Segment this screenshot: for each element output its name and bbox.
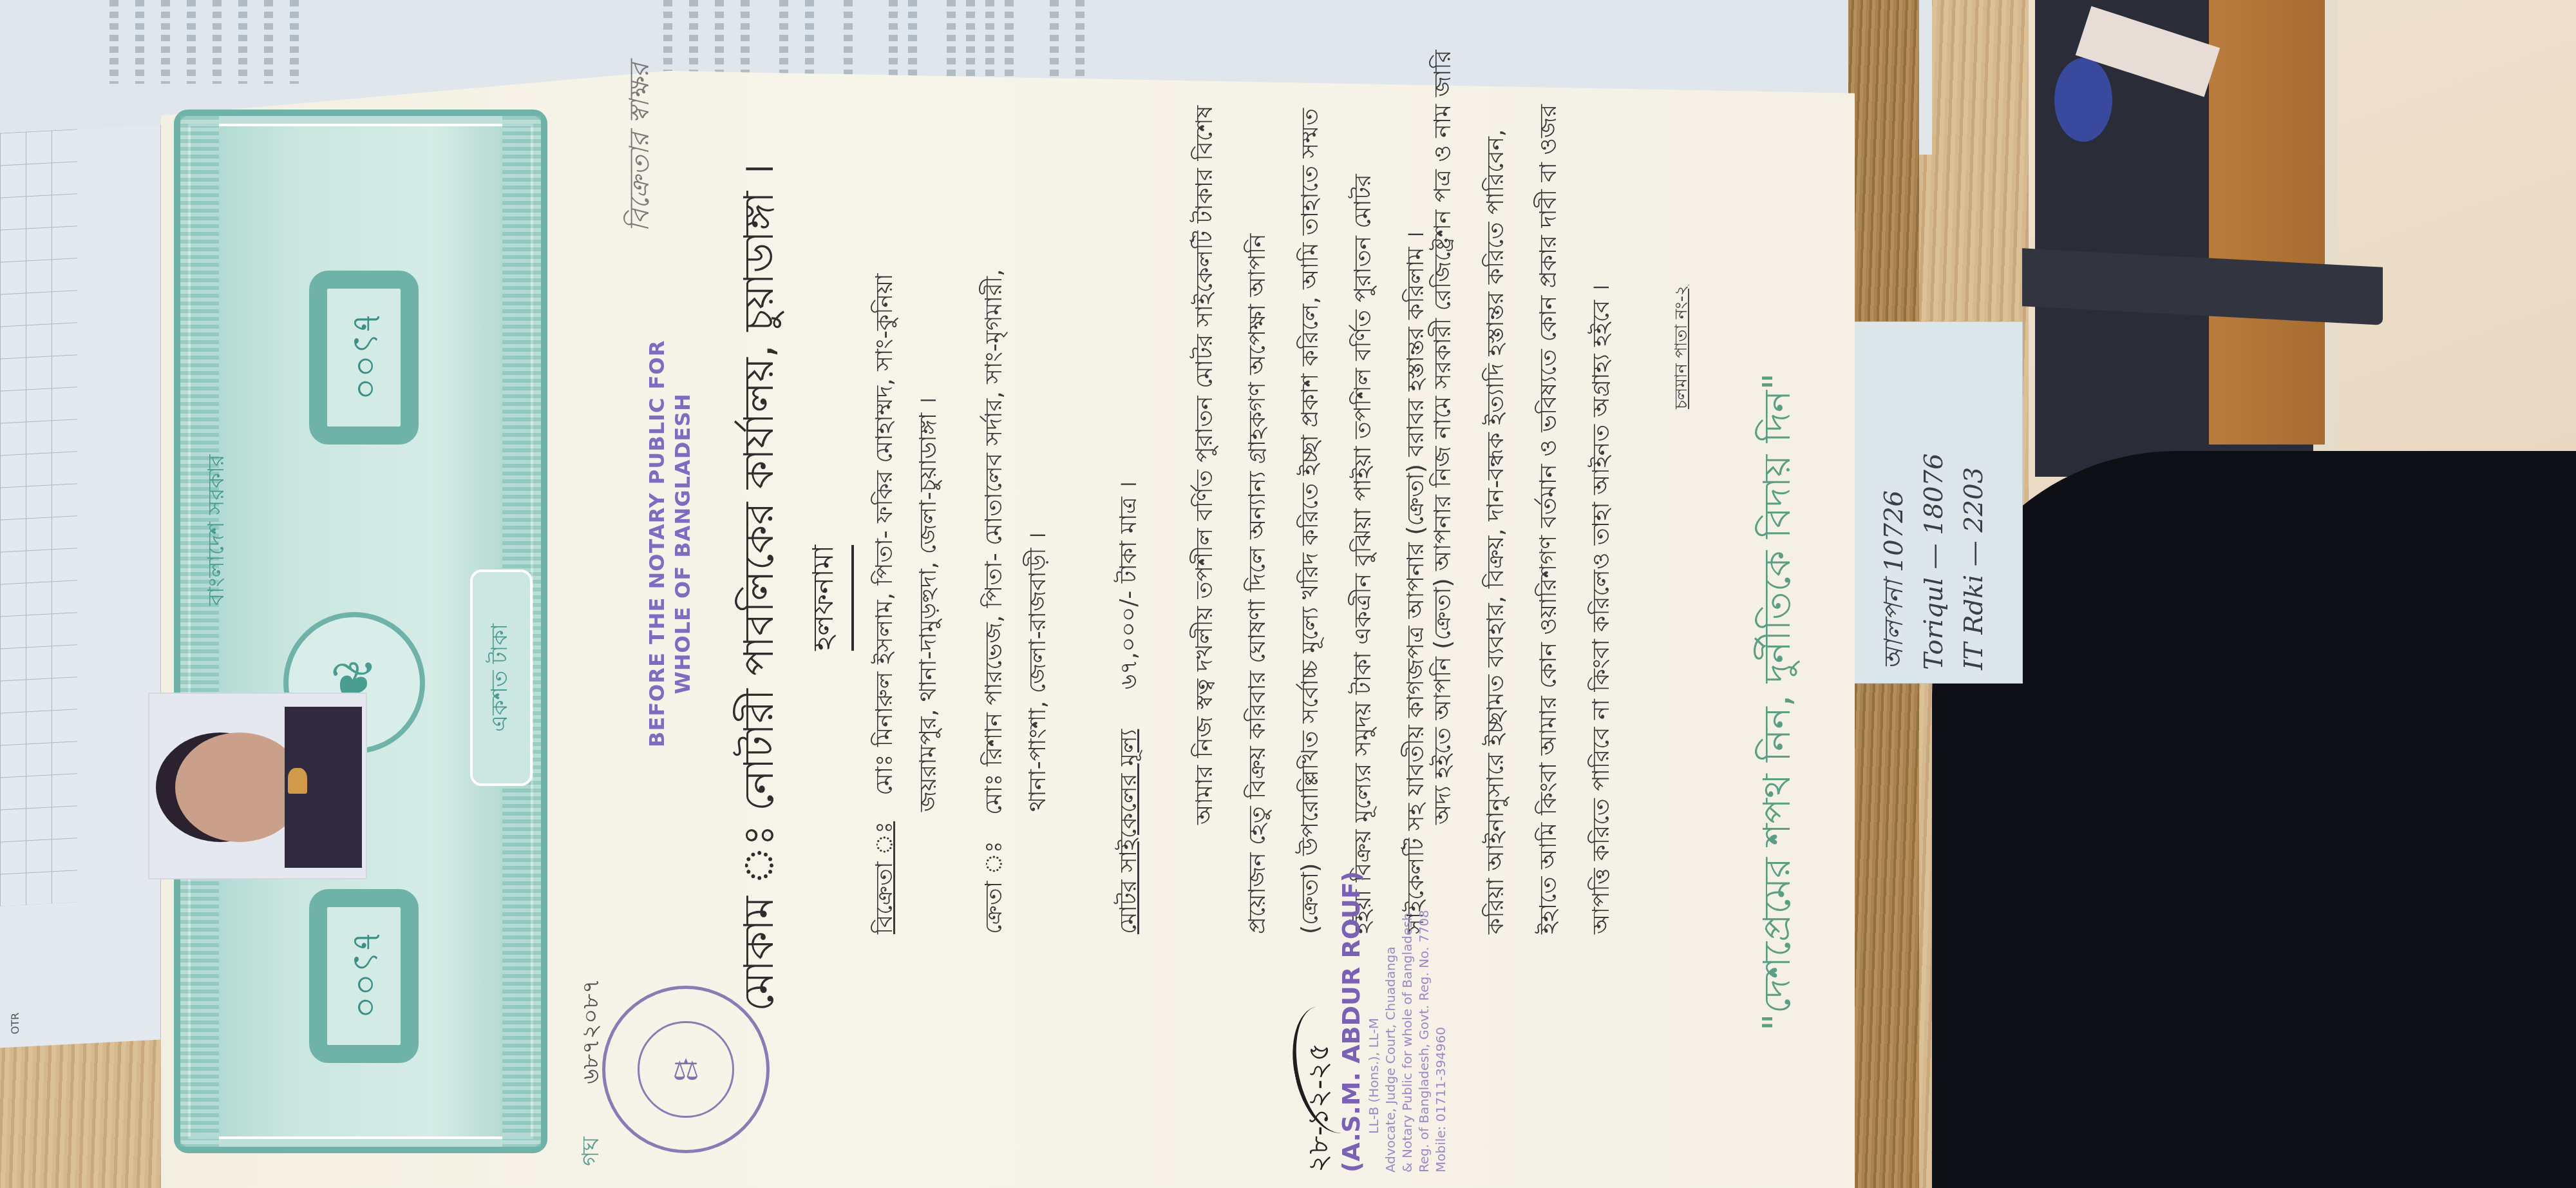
notary-title: Advocate, Judge Court, Chuadanga: [1382, 871, 1399, 1173]
body-line: প্রয়োজন হেতু বিক্রয় করিবার ঘোষণা দিলে …: [1231, 106, 1284, 934]
sticky-note-text: আলপনা 10726 Toriqul — 18076 IT Rdki — 22…: [1874, 335, 1994, 670]
sticky-note-line: IT Rdki — 2203: [1954, 335, 1994, 670]
passport-photo: [148, 693, 367, 879]
signature-date: ২৮-১২-২৫: [1301, 871, 1337, 1173]
background-text-column: [109, 0, 118, 84]
background-text-column: [844, 0, 853, 84]
body-line: হইয়া বিক্রয় মূল্যের সমুদয় টাকা একত্রী…: [1337, 106, 1390, 934]
before-notary-line: WHOLE OF BANGLADESH: [670, 340, 696, 747]
denomination-value: ৳১০০: [335, 934, 393, 1019]
guilloche-border: [180, 116, 219, 1147]
form-label: OTR: [9, 1012, 21, 1034]
price-value: ৬৭,০০০/- টাকা মাত্র ।: [1115, 481, 1142, 689]
denomination-bottom: ৳১০০: [309, 889, 419, 1063]
background-text-column: [741, 0, 750, 84]
scales-emblem-icon: ⚖: [638, 1021, 734, 1118]
notary-mobile: Mobile: 01711-394960: [1432, 871, 1449, 1173]
government-label: বাংলাদেশ সরকার: [200, 454, 236, 606]
body-line: (ক্রেতা) উপরোল্লিখিত সর্বোচ্চ মূল্যে খরি…: [1284, 106, 1337, 934]
background-text-column: [966, 0, 975, 84]
background-text-column: [161, 0, 170, 84]
background-text-column: [985, 0, 994, 84]
serial-label: গঘ: [578, 1136, 604, 1166]
amount-in-words: একশত টাকা: [470, 570, 533, 786]
background-text-column: [1075, 0, 1084, 84]
background-text-column: [187, 0, 196, 84]
denomination-value: ৳১০০: [335, 315, 393, 400]
seller-signature: বিক্রেতার স্বাক্ষর: [618, 63, 664, 232]
before-notary-line: BEFORE THE NOTARY PUBLIC FOR: [644, 340, 670, 747]
notary-qualification: LL-B (Hons.), LL-M: [1365, 871, 1382, 1173]
affidavit-title: হলফনামা: [802, 545, 854, 651]
seller-line: জয়রামপুর, থানা-দামুড়হুদা, জেলা-চুয়াডা…: [907, 273, 951, 934]
cabinet-wood-panel: [2209, 0, 2325, 445]
price-block: মোটর সাইকেলের মূল্য ৬৭,০০০/- টাকা মাত্র …: [1111, 481, 1150, 934]
background-text-column: [889, 0, 898, 84]
background-text-column: [264, 0, 273, 84]
background-text-column: [779, 0, 788, 84]
background-text-column: [805, 0, 814, 84]
anti-corruption-slogan: "দেশপ্রেমের শপথ নিন, দুর্নীতিকে বিদায় দ…: [1748, 373, 1811, 1031]
body-line: আপত্তি করিতে পারিবে না কিংবা করিলেও তাহা…: [1575, 50, 1628, 934]
background-text-column: [213, 0, 222, 84]
background-text-column: [908, 0, 917, 84]
buyer-line: মোঃ রিশান পারভেজ, পিতা- মোতালেব সর্দার, …: [981, 269, 1007, 814]
photo-tie: [288, 768, 307, 794]
denomination-top: ৳১০০: [309, 271, 419, 445]
continuation-page-ref: চলমান পাতা নং-২: [1668, 285, 1696, 409]
black-chair: [1932, 451, 2576, 1188]
background-text-column: [715, 0, 724, 84]
body-paragraph-2: অদ্য হইতে আপনি (ক্রেতা) আপনার নিজ নামে স…: [1417, 50, 1628, 934]
before-notary-stamp: BEFORE THE NOTARY PUBLIC FOR WHOLE OF BA…: [644, 340, 696, 747]
background-text-column: [1050, 0, 1059, 84]
price-label: মোটর সাইকেলের মূল্য: [1115, 729, 1142, 934]
notary-registration: Reg. of Bangladesh, Govt. Reg. No. 7708: [1416, 871, 1432, 1173]
background-text-column: [947, 0, 956, 84]
stamp-paper-header: ৳১০০ ❦ বাংলাদেশ সরকার একশত টাকা ৳১০০: [174, 110, 547, 1153]
seller-block: বিক্রেতা ঃমোঃ মিনারুল ইসলাম, পিতা- ফকির …: [863, 273, 951, 934]
notary-name: (A.S.M. ABDUR ROUF): [1337, 871, 1365, 1173]
body-paragraph-1: আমার নিজ স্বত্ব দখলীয় তপশীল বর্ণিত পুরা…: [1179, 106, 1443, 934]
background-text-column: [1005, 0, 1014, 84]
background-text-column: [135, 0, 144, 84]
blue-object: [2054, 58, 2112, 142]
buyer-label: ক্রেতা ঃ: [981, 841, 1007, 934]
buyer-line: থানা-পাংশা, জেলা-রাজবাড়ী ।: [1016, 269, 1060, 934]
body-line: অদ্য হইতে আপনি (ক্রেতা) আপনার নিজ নামে স…: [1417, 50, 1470, 934]
office-title: মোকাম ঃ নোটারী পাবলিকের কার্যালয়, চুয়া…: [728, 164, 797, 1011]
seller-label: বিক্রেতা ঃ: [871, 821, 898, 934]
buyer-block: ক্রেতা ঃমোঃ রিশান পারভেজ, পিতা- মোতালেব …: [972, 269, 1060, 934]
body-line: আমার নিজ স্বত্ব দখলীয় তপশীল বর্ণিত পুরা…: [1179, 106, 1231, 934]
sticky-note: আলপনা 10726 Toriqul — 18076 IT Rdki — 22…: [1855, 322, 2022, 683]
body-line: ইহাতে আমি কিংবা আমার কোন ওয়ারিশগণ বর্তম…: [1522, 50, 1575, 934]
body-line: করিয়া আইনানুসারে ইচ্ছামত ব্যবহার, বিক্র…: [1470, 50, 1522, 934]
seller-line: মোঃ মিনারুল ইসলাম, পিতা- ফকির মোহাম্মদ, …: [871, 273, 898, 795]
background-text-column: [689, 0, 698, 84]
form-grid: [0, 129, 77, 906]
notary-signature-block: ২৮-১২-২৫ (A.S.M. ABDUR ROUF) LL-B (Hons.…: [1301, 871, 1449, 1173]
background-text-column: [290, 0, 299, 84]
background-text-column: [238, 0, 247, 84]
background-form-sheet: OTR: [0, 124, 161, 1048]
sticky-note-line: Toriqul — 18076: [1914, 335, 1954, 670]
serial-number: ৬৮৭২০৮৭: [578, 979, 604, 1084]
sticky-note-line: আলপনা 10726: [1874, 335, 1914, 670]
notary-title: & Notary Public for whole of Bangladesh: [1399, 871, 1416, 1173]
